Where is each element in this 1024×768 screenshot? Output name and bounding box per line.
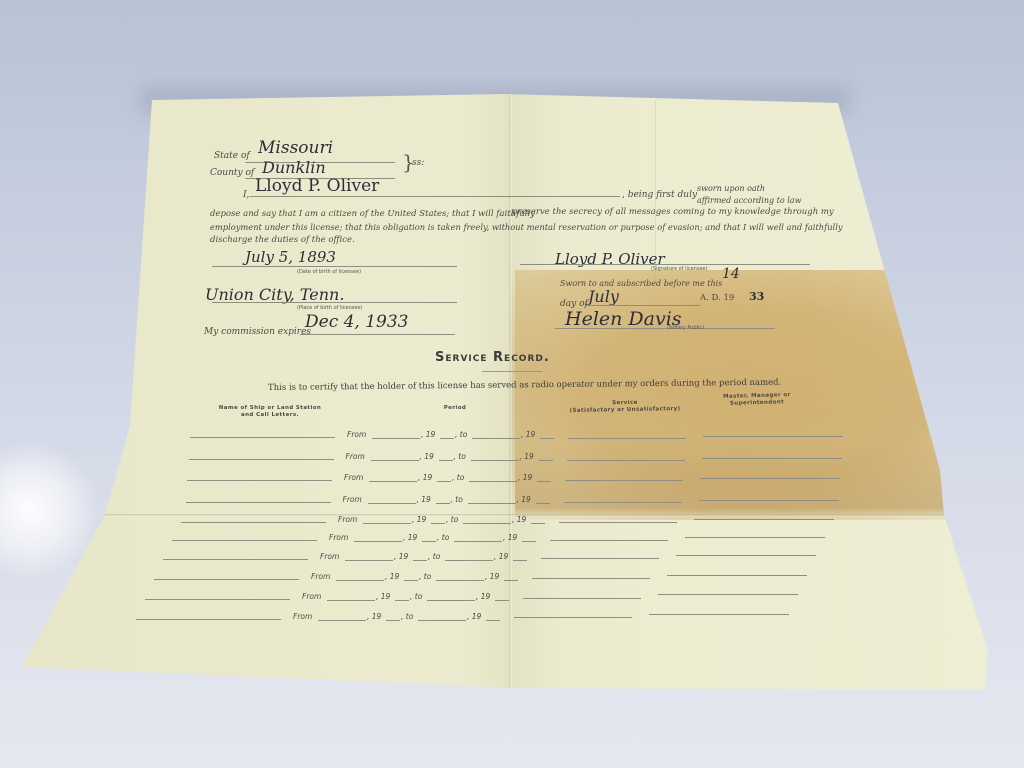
column-master-header: Master, Manager or Superintendent: [712, 392, 802, 408]
birth-date-caption: (Date of birth of licensee): [297, 269, 361, 275]
to-year-label: , 19: [517, 495, 531, 504]
master-line: [702, 458, 842, 459]
to-year-label: , 19: [520, 452, 534, 461]
to-year-line: [531, 523, 545, 524]
commission-value: Dec 4, 1933: [305, 312, 409, 332]
from-label: From: [344, 473, 363, 482]
ship-name-line: [187, 480, 332, 481]
ship-name-line: [181, 522, 326, 523]
oath-line-2: employment under this license; that this…: [210, 222, 843, 232]
ship-name-line: [163, 559, 308, 560]
service-line: [532, 578, 650, 579]
service-line: [541, 558, 659, 559]
to-year-label: , 19: [512, 515, 526, 524]
to-date-line: [468, 503, 516, 504]
ship-name-line: [189, 459, 334, 460]
from-year-label: , 19: [418, 473, 432, 482]
ship-name-line: [190, 437, 335, 438]
from-year-line: [422, 541, 436, 542]
to-date-line: [454, 541, 502, 542]
to-date-line: [472, 438, 520, 439]
ship-name-line: [145, 599, 290, 600]
from-label: From: [311, 572, 330, 581]
column-service-header: Service (Satisfactory or Unsatisfactory): [565, 399, 685, 415]
from-year-label: , 19: [412, 515, 426, 524]
from-label: From: [347, 430, 366, 439]
column-ship-header: Name of Ship or Land Station and Call Le…: [205, 405, 335, 419]
to-year-line: [513, 560, 527, 561]
county-value: Dunklin: [262, 158, 326, 177]
notary-signature: Helen Davis: [565, 308, 682, 330]
service-record-row: From, 19, to, 19: [172, 533, 872, 545]
to-year-label: , 19: [521, 430, 535, 439]
to-date-line: [427, 600, 475, 601]
to-label: , to: [451, 495, 463, 504]
to-label: , to: [454, 452, 466, 461]
birth-date-line: [212, 266, 457, 267]
ship-name-line: [154, 579, 299, 580]
to-year-line: [539, 460, 553, 461]
to-label: , to: [428, 552, 440, 561]
master-line: [676, 555, 816, 556]
ship-name-line: [136, 619, 281, 620]
to-year-line: [504, 580, 518, 581]
to-date-line: [471, 460, 519, 461]
service-record-row: From, 19, to, 19: [145, 592, 845, 604]
to-label: , to: [410, 592, 422, 601]
to-year-label: , 19: [494, 552, 508, 561]
from-year-label: , 19: [367, 612, 381, 621]
affirmed-option: affirmed according to law: [697, 196, 801, 205]
from-date-line: [371, 460, 419, 461]
from-date-line: [354, 541, 402, 542]
title-rule: [482, 371, 542, 372]
birth-date-value: July 5, 1893: [245, 248, 336, 266]
sworn-option: sworn upon oath: [697, 184, 765, 193]
from-year-line: [437, 481, 451, 482]
oath-line-1-end: preserve the secrecy of all messages com…: [512, 207, 834, 217]
county-label: County of: [210, 168, 254, 178]
oath-line-3: discharge the duties of the office.: [210, 235, 355, 245]
to-year-line: [540, 438, 554, 439]
from-label: From: [329, 533, 348, 542]
to-year-line: [495, 600, 509, 601]
master-line: [685, 537, 825, 538]
notary-line: [555, 328, 775, 329]
name-value: Lloyd P. Oliver: [255, 176, 379, 196]
from-label: From: [346, 452, 365, 461]
from-date-line: [327, 600, 375, 601]
service-record-row: From, 19, to, 19: [190, 430, 890, 442]
being-first-duly: , being first duly: [622, 190, 697, 200]
from-date-line: [336, 580, 384, 581]
master-line: [694, 519, 834, 520]
service-record-row: From, 19, to, 19: [163, 552, 863, 564]
master-line: [658, 594, 798, 595]
from-year-line: [386, 620, 400, 621]
to-label: , to: [446, 515, 458, 524]
service-line: [568, 438, 686, 439]
service-line: [565, 480, 683, 481]
column-period-header: Period: [430, 405, 480, 412]
document-paper: State of Missouri County of Dunklin } ss…: [0, 0, 1024, 768]
service-line: [550, 540, 668, 541]
service-record-row: From, 19, to, 19: [187, 473, 887, 485]
to-year-label: , 19: [518, 473, 532, 482]
to-date-line: [445, 560, 493, 561]
to-label: , to: [455, 430, 467, 439]
from-label: From: [302, 592, 321, 601]
from-label: From: [343, 495, 362, 504]
to-year-label: , 19: [485, 572, 499, 581]
master-line: [703, 436, 843, 437]
from-year-line: [395, 600, 409, 601]
from-date-line: [363, 523, 411, 524]
ship-name-line: [186, 502, 331, 503]
year-value: 33: [749, 290, 764, 303]
commission-label: My commission expires: [204, 327, 311, 337]
from-date-line: [372, 438, 420, 439]
master-line: [699, 500, 839, 501]
to-year-line: [536, 503, 550, 504]
from-year-line: [404, 580, 418, 581]
state-label: State of: [214, 151, 250, 161]
to-year-line: [537, 481, 551, 482]
to-label: , to: [452, 473, 464, 482]
from-year-line: [436, 503, 450, 504]
notary-caption: (Notary Public): [667, 325, 704, 331]
from-year-label: , 19: [394, 552, 408, 561]
oath-line-1-start: depose and say that I am a citizen of th…: [210, 209, 535, 219]
to-year-label: , 19: [476, 592, 490, 601]
name-line: [250, 196, 620, 197]
service-record-row: From, 19, to, 19: [181, 515, 881, 527]
from-date-line: [368, 503, 416, 504]
from-year-line: [439, 460, 453, 461]
from-date-line: [345, 560, 393, 561]
service-line: [559, 522, 677, 523]
licensee-signature: Lloyd P. Oliver: [555, 250, 665, 268]
i-label: I,: [243, 190, 249, 200]
to-date-line: [469, 481, 517, 482]
to-date-line: [463, 523, 511, 524]
to-label: , to: [437, 533, 449, 542]
day-value: 14: [722, 266, 740, 282]
from-year-label: , 19: [421, 430, 435, 439]
ship-name-line: [172, 540, 317, 541]
service-line: [514, 617, 632, 618]
to-year-label: , 19: [467, 612, 481, 621]
from-label: From: [320, 552, 339, 561]
from-year-line: [413, 560, 427, 561]
from-label: From: [338, 515, 357, 524]
from-year-label: , 19: [385, 572, 399, 581]
master-line: [649, 614, 789, 615]
from-year-label: , 19: [420, 452, 434, 461]
from-date-line: [318, 620, 366, 621]
sworn-text: Sworn to and subscribed before me this: [560, 279, 722, 288]
to-date-line: [418, 620, 466, 621]
state-value: Missouri: [258, 138, 333, 158]
ad-label: A. D. 19: [700, 293, 734, 303]
month-line: [585, 305, 700, 306]
birth-place-line: [212, 302, 457, 303]
to-year-line: [486, 620, 500, 621]
master-line: [700, 478, 840, 479]
service-record-row: From, 19, to, 19: [186, 495, 886, 507]
from-date-line: [369, 481, 417, 482]
to-label: , to: [419, 572, 431, 581]
service-record-row: From, 19, to, 19: [189, 452, 889, 464]
to-label: , to: [401, 612, 413, 621]
month-value: July: [588, 287, 619, 306]
service-record-row: From, 19, to, 19: [136, 612, 836, 624]
to-year-label: , 19: [503, 533, 517, 542]
service-record-title: Service Record.: [435, 350, 550, 365]
service-line: [564, 502, 682, 503]
birth-place-caption: (Place of birth of licensee): [297, 305, 362, 311]
service-line: [567, 460, 685, 461]
commission-line: [300, 334, 455, 335]
service-record-row: From, 19, to, 19: [154, 572, 854, 584]
service-line: [523, 598, 641, 599]
to-date-line: [436, 580, 484, 581]
ss-label: ss:: [412, 158, 424, 168]
from-year-line: [440, 438, 454, 439]
to-year-line: [522, 541, 536, 542]
master-line: [667, 575, 807, 576]
from-year-label: , 19: [403, 533, 417, 542]
from-year-line: [431, 523, 445, 524]
from-year-label: , 19: [417, 495, 431, 504]
from-year-label: , 19: [376, 592, 390, 601]
signature-caption: (Signature of licensee): [651, 266, 708, 272]
signature-line: [520, 264, 810, 265]
from-label: From: [293, 612, 312, 621]
